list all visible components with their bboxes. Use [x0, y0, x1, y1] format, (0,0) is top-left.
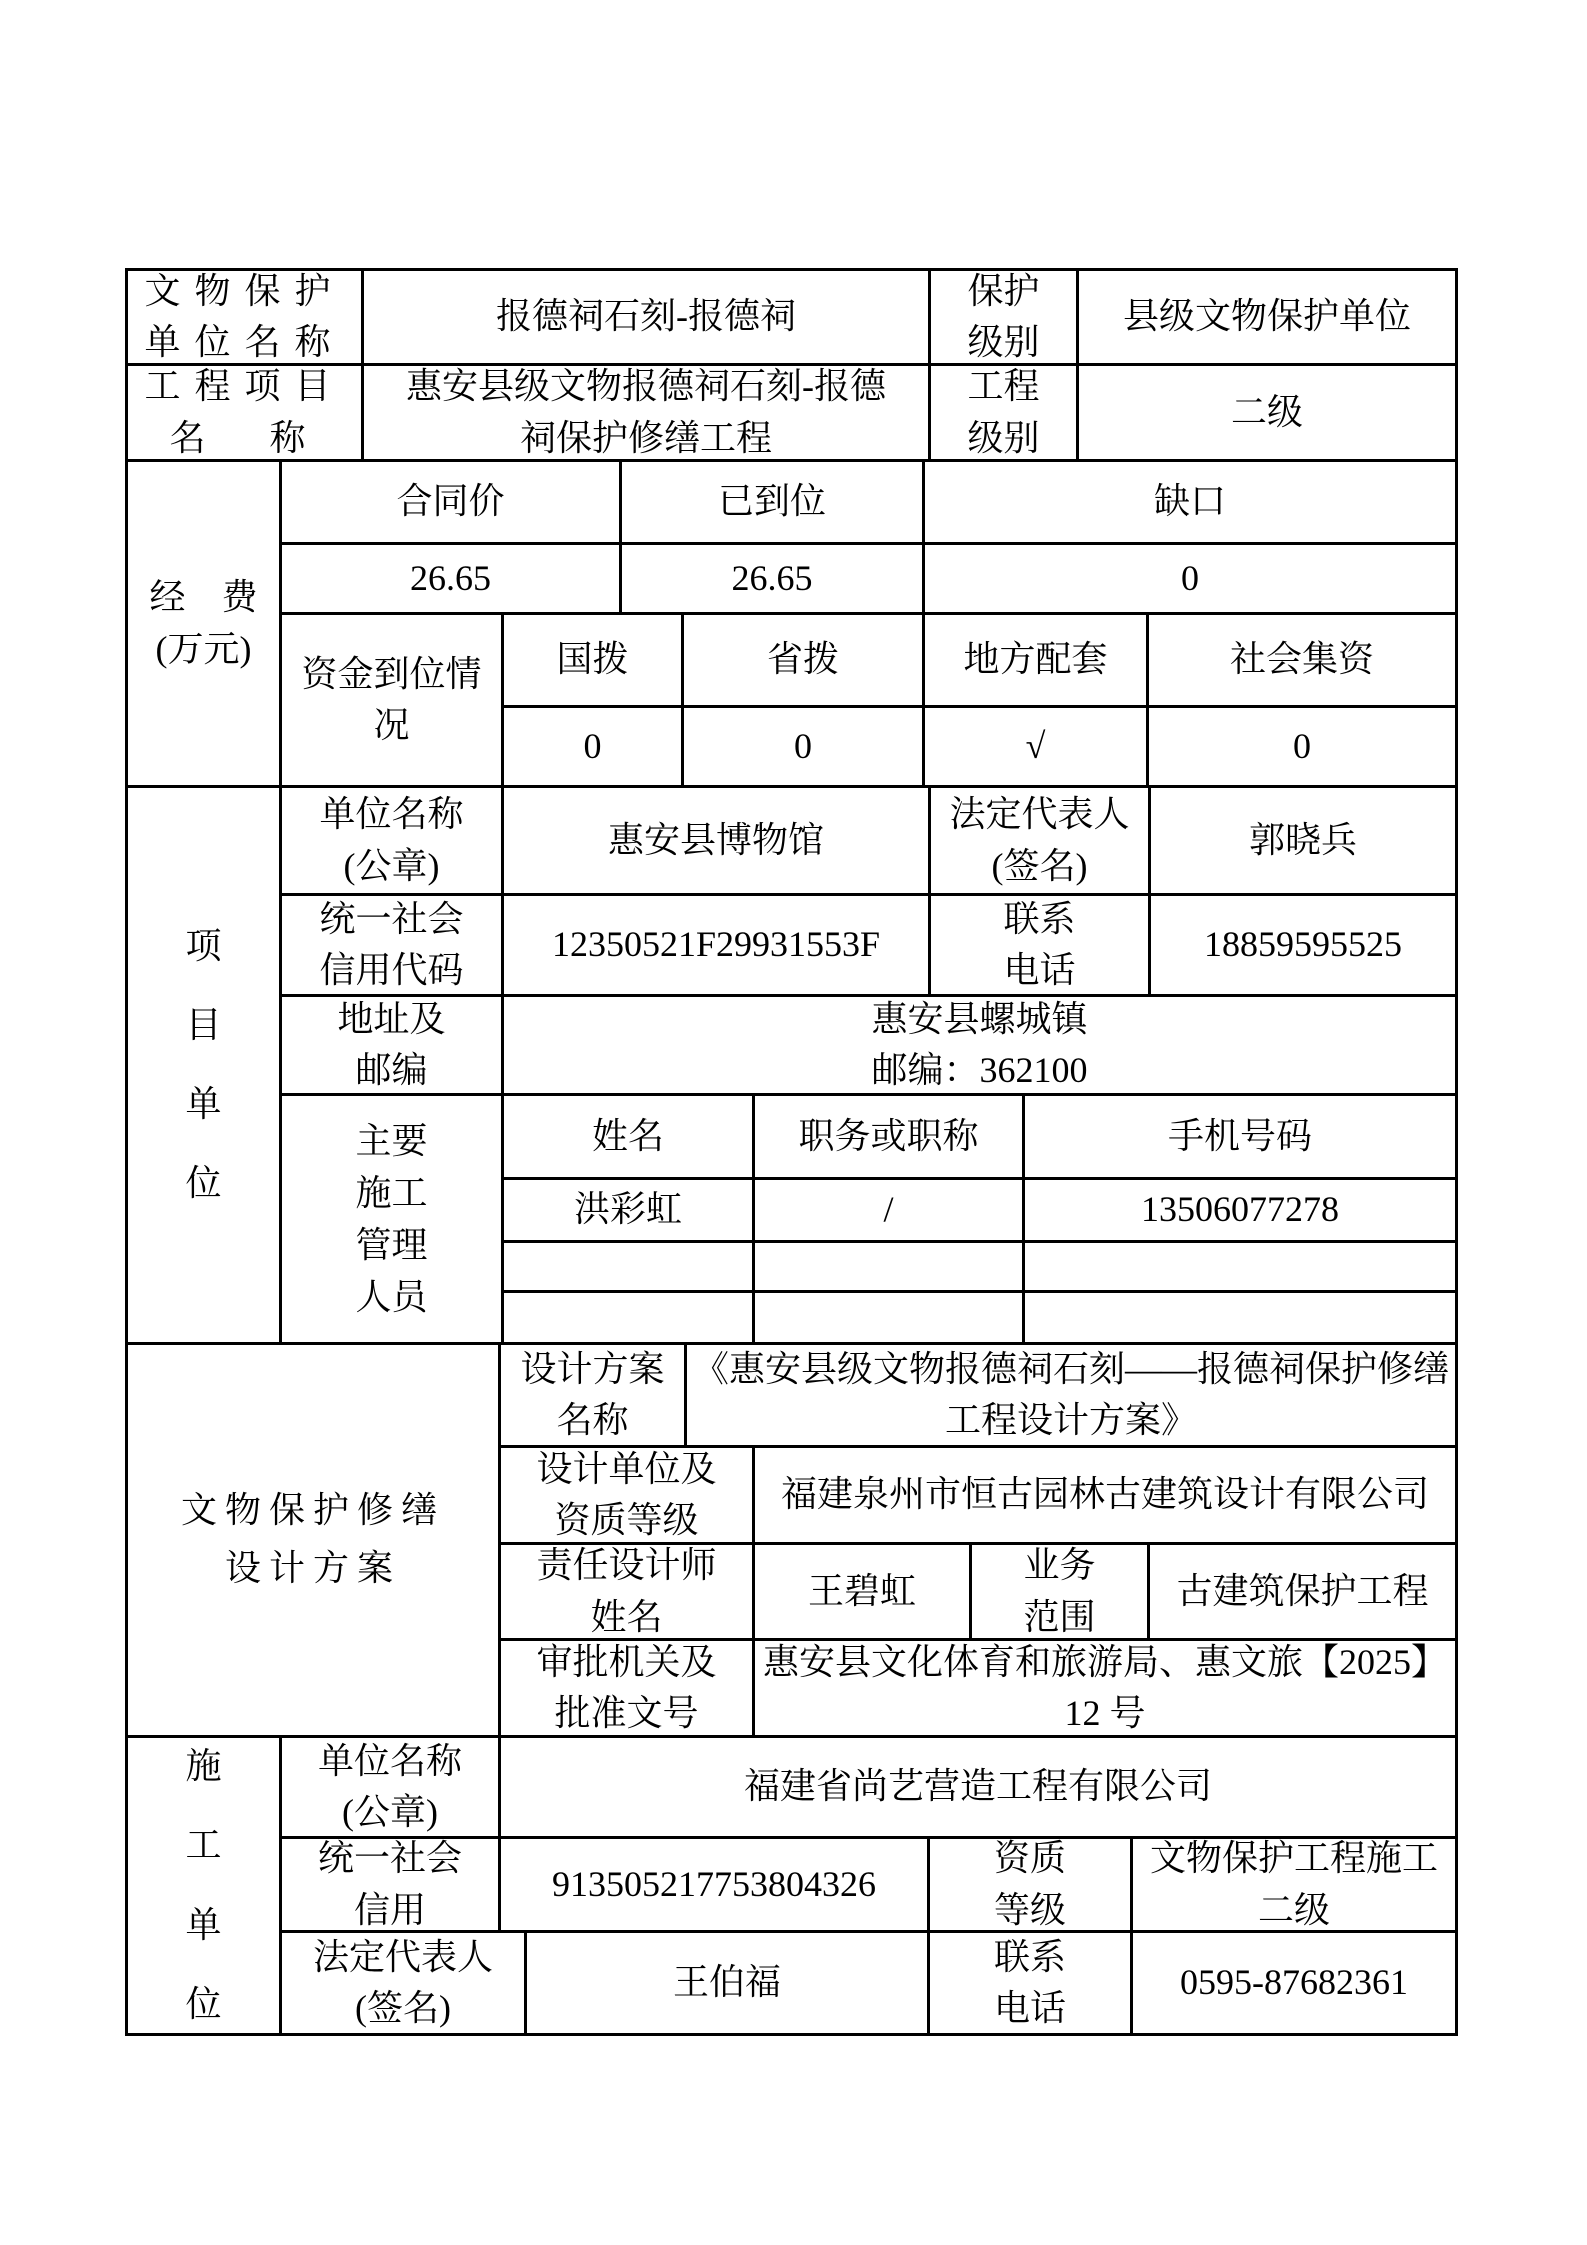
project-info-table: 文物保护 单位名称 报德祠石刻-报德祠 保护 级别 县级文物保护单位 工程项目 … [125, 268, 1458, 2036]
fund-availability-band: 资金到位情 况 国拨 省拨 地方配套 社会集资 0 0 √ 0 [282, 615, 1458, 788]
construction-credit-row: 统一社会 信用 913505217753804326 资质 等级 文物保护工程施… [282, 1839, 1458, 1933]
construction-phone-value: 0595-87682361 [1133, 1933, 1458, 2036]
construction-rep-row: 法定代表人 (签名) 王伯福 联系 电话 0595-87682361 [282, 1933, 1458, 2036]
construction-rep-label: 法定代表人 (签名) [282, 1933, 527, 2036]
project-level-value: 二级 [1079, 366, 1458, 462]
project-name-value: 惠安县级文物报德祠石刻-报德 祠保护修缮工程 [364, 366, 931, 462]
plan-name-value: 《惠安县级文物报德祠石刻——报德祠保护修缮 工程设计方案》 [687, 1345, 1458, 1448]
unit-name-label: 单位名称 (公章) [282, 788, 504, 896]
staff-title-value [755, 1293, 1025, 1345]
gap-value: 0 [925, 545, 1458, 615]
construction-unit-section-label: 施 工 单 位 [128, 1738, 282, 2036]
address-value: 惠安县螺城镇 邮编：362100 [504, 997, 1458, 1096]
staff-band: 主要 施工 管理 人员 姓名 职务或职称 手机号码 洪彩虹 / 13506077… [282, 1096, 1458, 1345]
designer-row: 责任设计师 姓名 王碧虹 业务 范围 古建筑保护工程 [501, 1545, 1458, 1641]
project-unit-credit-row: 统一社会 信用代码 12350521F29931553F 联系 电话 18859… [282, 896, 1458, 997]
plan-name-label: 设计方案 名称 [501, 1345, 687, 1448]
fund-availability-body: 国拨 省拨 地方配套 社会集资 0 0 √ 0 [504, 615, 1458, 788]
local-fund-checkmark: √ [925, 708, 1149, 788]
social-fund-label: 社会集资 [1149, 615, 1458, 708]
project-unit-body: 单位名称 (公章) 惠安县博物馆 法定代表人 (签名) 郭晓兵 统一社会 信用代… [282, 788, 1458, 1345]
design-unit-row: 设计单位及 资质等级 福建泉州市恒古园林古建筑设计有限公司 [501, 1448, 1458, 1545]
address-label: 地址及 邮编 [282, 997, 504, 1096]
document-page: 文物保护 单位名称 报德祠石刻-报德祠 保护 级别 县级文物保护单位 工程项目 … [0, 0, 1587, 2245]
project-name-label: 工程项目 名 称 [128, 366, 364, 462]
approval-row: 审批机关及 批准文号 惠安县文化体育和旅游局、惠文旅【2025】 12 号 [501, 1641, 1458, 1738]
project-unit-name-row: 单位名称 (公章) 惠安县博物馆 法定代表人 (签名) 郭晓兵 [282, 788, 1458, 896]
social-fund-value: 0 [1149, 708, 1458, 788]
protection-level-label: 保护 级别 [931, 271, 1079, 366]
gap-label: 缺口 [925, 462, 1458, 545]
staff-mobile-value: 13506077278 [1025, 1180, 1458, 1243]
qualification-level-value: 文物保护工程施工 二级 [1133, 1839, 1458, 1933]
fund-source-header-row: 国拨 省拨 地方配套 社会集资 [504, 615, 1458, 708]
national-fund-label: 国拨 [504, 615, 684, 708]
funding-section-label: 经 费 (万元) [128, 462, 282, 788]
staff-name-value: 洪彩虹 [504, 1180, 755, 1243]
contract-price-value: 26.65 [282, 545, 622, 615]
staff-title-value: / [755, 1180, 1025, 1243]
heritage-unit-name-value: 报德祠石刻-报德祠 [364, 271, 931, 366]
project-unit-address-row: 地址及 邮编 惠安县螺城镇 邮编：362100 [282, 997, 1458, 1096]
heritage-unit-row: 文物保护 单位名称 报德祠石刻-报德祠 保护 级别 县级文物保护单位 [128, 271, 1458, 366]
construction-unit-name-value: 福建省尚艺营造工程有限公司 [501, 1738, 1458, 1839]
staff-title-header: 职务或职称 [755, 1096, 1025, 1180]
construction-unit-section: 施 工 单 位 单位名称 (公章) 福建省尚艺营造工程有限公司 统一社会 信用 … [128, 1738, 1458, 2036]
qualification-level-label: 资质 等级 [930, 1839, 1133, 1933]
funding-value-row: 26.65 26.65 0 [282, 545, 1458, 615]
project-name-row: 工程项目 名 称 惠安县级文物报德祠石刻-报德 祠保护修缮工程 工程 级别 二级 [128, 366, 1458, 462]
design-unit-value: 福建泉州市恒古园林古建筑设计有限公司 [755, 1448, 1458, 1545]
staff-row: 洪彩虹 / 13506077278 [504, 1180, 1458, 1243]
staff-row [504, 1293, 1458, 1345]
approval-authority-label: 审批机关及 批准文号 [501, 1641, 755, 1738]
staff-title-value [755, 1243, 1025, 1293]
staff-body: 姓名 职务或职称 手机号码 洪彩虹 / 13506077278 [504, 1096, 1458, 1345]
contract-price-label: 合同价 [282, 462, 622, 545]
credit-code-value: 12350521F29931553F [504, 896, 931, 997]
project-unit-section-label: 项 目 单 位 [128, 788, 282, 1345]
project-unit-section: 项 目 单 位 单位名称 (公章) 惠安县博物馆 法定代表人 (签名) 郭晓兵 … [128, 788, 1458, 1345]
national-fund-value: 0 [504, 708, 684, 788]
staff-section-label: 主要 施工 管理 人员 [282, 1096, 504, 1345]
construction-credit-value: 913505217753804326 [501, 1839, 930, 1933]
designer-name-value: 王碧虹 [755, 1545, 972, 1641]
design-plan-section-label: 文物保护修缮 设计方案 [128, 1345, 501, 1738]
staff-row [504, 1243, 1458, 1293]
staff-mobile-header: 手机号码 [1025, 1096, 1458, 1180]
plan-name-row: 设计方案 名称 《惠安县级文物报德祠石刻——报德祠保护修缮 工程设计方案》 [501, 1345, 1458, 1448]
design-unit-label: 设计单位及 资质等级 [501, 1448, 755, 1545]
staff-mobile-value [1025, 1293, 1458, 1345]
construction-credit-label: 统一社会 信用 [282, 1839, 501, 1933]
local-fund-label: 地方配套 [925, 615, 1149, 708]
legal-rep-value: 郭晓兵 [1151, 788, 1458, 896]
staff-name-header: 姓名 [504, 1096, 755, 1180]
project-level-label: 工程 级别 [931, 366, 1079, 462]
staff-name-value [504, 1293, 755, 1345]
construction-unit-body: 单位名称 (公章) 福建省尚艺营造工程有限公司 统一社会 信用 91350521… [282, 1738, 1458, 2036]
legal-rep-label: 法定代表人 (签名) [931, 788, 1151, 896]
provincial-fund-label: 省拨 [684, 615, 925, 708]
fund-availability-label: 资金到位情 况 [282, 615, 504, 788]
provincial-fund-value: 0 [684, 708, 925, 788]
heritage-unit-name-label: 文物保护 单位名称 [128, 271, 364, 366]
contact-phone-value: 18859595525 [1151, 896, 1458, 997]
received-label: 已到位 [622, 462, 925, 545]
construction-name-row: 单位名称 (公章) 福建省尚艺营造工程有限公司 [282, 1738, 1458, 1839]
funding-header-row: 合同价 已到位 缺口 [282, 462, 1458, 545]
designer-name-label: 责任设计师 姓名 [501, 1545, 755, 1641]
unit-name-value: 惠安县博物馆 [504, 788, 931, 896]
funding-body: 合同价 已到位 缺口 26.65 26.65 0 资金到位情 况 国拨 省拨 [282, 462, 1458, 788]
contact-phone-label: 联系 电话 [931, 896, 1151, 997]
construction-rep-value: 王伯福 [527, 1933, 930, 2036]
design-plan-section: 文物保护修缮 设计方案 设计方案 名称 《惠安县级文物报德祠石刻——报德祠保护修… [128, 1345, 1458, 1738]
approval-authority-value: 惠安县文化体育和旅游局、惠文旅【2025】 12 号 [755, 1641, 1458, 1738]
staff-name-value [504, 1243, 755, 1293]
funding-section: 经 费 (万元) 合同价 已到位 缺口 26.65 26.65 0 资金到位情 … [128, 462, 1458, 788]
credit-code-label: 统一社会 信用代码 [282, 896, 504, 997]
business-scope-label: 业务 范围 [972, 1545, 1150, 1641]
staff-header-row: 姓名 职务或职称 手机号码 [504, 1096, 1458, 1180]
staff-mobile-value [1025, 1243, 1458, 1293]
design-plan-body: 设计方案 名称 《惠安县级文物报德祠石刻——报德祠保护修缮 工程设计方案》 设计… [501, 1345, 1458, 1738]
protection-level-value: 县级文物保护单位 [1079, 271, 1458, 366]
construction-unit-name-label: 单位名称 (公章) [282, 1738, 501, 1839]
received-value: 26.65 [622, 545, 925, 615]
construction-phone-label: 联系 电话 [930, 1933, 1133, 2036]
business-scope-value: 古建筑保护工程 [1150, 1545, 1458, 1641]
fund-source-value-row: 0 0 √ 0 [504, 708, 1458, 788]
